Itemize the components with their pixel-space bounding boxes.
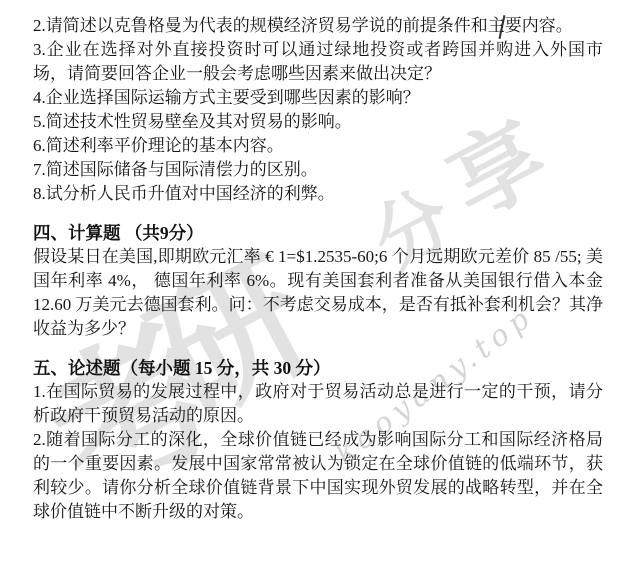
short-answer-question-5: 5.简述技术性贸易壁垒及其对贸易的影响。	[33, 110, 603, 134]
short-answer-question-8: 8.试分析人民币升值对中国经济的利弊。	[33, 182, 603, 206]
calculation-question-body: 假设某日在美国,即期欧元汇率 € 1=$1.2535-60;6 个月远期欧元差价…	[33, 245, 603, 341]
document-content: 2.请简述以克鲁格曼为代表的规模经济贸易学说的前提条件和主要内容。 3.企业在选…	[33, 14, 603, 524]
short-answer-question-7: 7.简述国际储备与国际清偿力的区别。	[33, 158, 603, 182]
exam-paper-page: 考 研 分 享 kaoyany.top 2.请简述以克鲁格曼为代表的规模经济贸易…	[0, 0, 627, 576]
short-answer-question-3: 3.企业在选择对外直接投资时可以通过绿地投资或者跨国并购进入外国市场，请简要回答…	[33, 38, 603, 86]
essay-question-2: 2.随着国际分工的深化，全球价值链已经成为影响国际分工和国际经济格局的一个重要因…	[33, 428, 603, 524]
short-answer-question-4: 4.企业选择国际运输方式主要受到哪些因素的影响？	[33, 86, 603, 110]
section-heading-essay: 五、论述题（每小题 15 分，共 30 分）	[33, 356, 603, 380]
section-heading-calculation: 四、计算题 （共9分）	[33, 221, 603, 245]
short-answer-question-6: 6.简述利率平价理论的基本内容。	[33, 134, 603, 158]
short-answer-question-2: 2.请简述以克鲁格曼为代表的规模经济贸易学说的前提条件和主要内容。	[33, 14, 603, 38]
essay-question-1: 1.在国际贸易的发展过程中，政府对于贸易活动总是进行一定的干预，请分析政府干预贸…	[33, 380, 603, 428]
